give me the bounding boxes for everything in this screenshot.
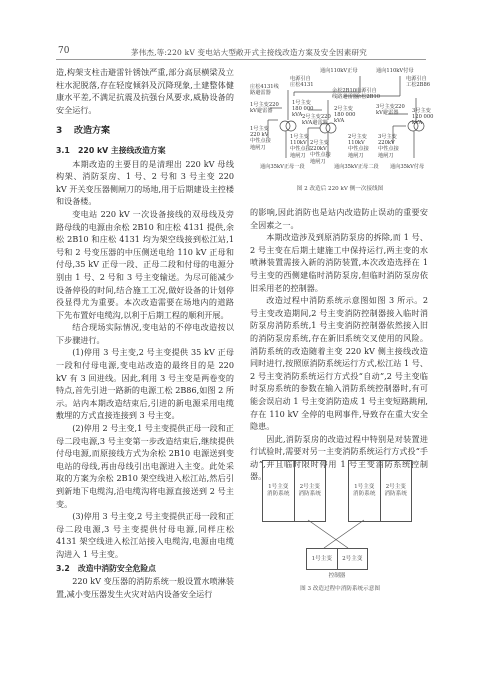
- running-title: 茅伟杰,等:220 kV 变电站大型敞开式主接线改造方案及安全因素研究: [131, 47, 367, 58]
- paragraph: 本期改造涉及到原消防泵房的拆除,而 1 号、2 号主变在后期土建施工中保持运行,…: [250, 231, 428, 294]
- paragraph: (3)停用 3 号主变,2 号主变提供正母一段和正母二段电源,3 号主变提供付母…: [56, 510, 234, 560]
- paragraph: 结合现场实际情况,变电站的不停电改造按以下步骤进行。: [56, 321, 234, 346]
- right-column: 的影响,因此消防也是站内改造防止误动的重要安全因素之一。 本期改造涉及到原消防泵…: [250, 206, 428, 483]
- label-110kv-aux-bus: 通向110kV付母: [376, 68, 414, 74]
- paragraph: 本期改造的主要目的是清理出 220 kV 母线构架、消防泵房、1 号、2 号和 …: [56, 158, 234, 208]
- paragraph: 的影响,因此消防也是站内改造防止误动的重要安全因素之一。: [250, 206, 428, 231]
- label-source-4131: 电源引自庄松4131: [290, 76, 314, 88]
- controller-box: 1号主变 2号主变: [306, 548, 368, 570]
- section-3-2-heading: 3.2改造中消防安全危险点: [56, 563, 234, 576]
- controller-label: 控制器: [306, 571, 368, 579]
- label-t2-110-neutral-switch: 2号主变110kV中性点接地闸刀: [348, 134, 369, 159]
- paragraph: (1)停用 3 号主变,2 号主变提供 35 kV 正母一段和付母电源,变电站改…: [56, 346, 234, 422]
- left-column: 造,构架支柱击避雷针锈蚀严重,部分高层横梁及立柱水泥脱落,存在轻度倾斜及沉降现象…: [56, 66, 234, 600]
- label-35kv-main-2: 通向35kV正母二段: [334, 164, 379, 170]
- label-source-2b10: 电源引自余松2B10: [356, 88, 380, 100]
- page-number: 70: [58, 46, 69, 56]
- label-35kv-main-1: 通向35kV正母一段: [260, 164, 305, 170]
- section-3-1-heading: 3.1220 kV 主接线改造方案: [56, 145, 234, 158]
- section-3-heading: 3改造方案: [56, 125, 234, 138]
- label-35kv-aux: 通向35kV付母: [390, 164, 424, 170]
- label-110kv-main-bus: 通向110kV正母: [320, 68, 358, 74]
- label-t2-220-neutral-switch: 2号主变220kV中性点接地闸刀: [310, 140, 331, 165]
- figure-2-caption: 图 2 改造后 220 kV 侧一次接线图: [250, 184, 430, 192]
- label-arrester-2b10: 余松2B10线路避雷器: [332, 88, 358, 100]
- figure-3-fire-system-diagram: 1号主变 消防系统 2号主变 消防系统 1号主变 消防系统 2号主变 消防系统 …: [262, 460, 422, 580]
- controller-t1-cell: 1号主变: [307, 549, 337, 569]
- label-t1-arrester: 1号主变220kV避雷器: [250, 102, 279, 114]
- paragraph: 220 kV 变压器的消防系统一般设置水喷淋装置,减小变压器发生火灾对站内设备安…: [56, 575, 234, 600]
- label-t3-220-neutral-switch: 3号主变220kV中性点接地闸刀: [378, 134, 399, 159]
- intro-paragraph: 造,构架支柱击避雷针锈蚀严重,部分高层横梁及立柱水泥脱落,存在轻度倾斜及沉降现象…: [56, 66, 234, 116]
- running-header: 70 茅伟杰,等:220 kV 变电站大型敞开式主接线改造方案及安全因素研究: [56, 43, 426, 60]
- label-arrester-4131: 庄松4131线路避雷器: [250, 84, 279, 96]
- paragraph: 变电站 220 kV 一次设备接线的双母线及旁路母线的电源由余松 2B10 和庄…: [56, 208, 234, 321]
- label-t1-220-neutral-switch: 1号主变220 kV中性点接地闸刀: [250, 126, 271, 151]
- figure-2-wiring-diagram: 通向110kV正母 通向110kV付母 庄松4131线路避雷器 电源引自庄松41…: [248, 68, 433, 180]
- label-t2-rating: 2号主变180 000kVA: [334, 106, 355, 125]
- figure-3-caption: 图 3 改造过程中消防系统示意图: [250, 584, 430, 592]
- label-t3-arrester: 3号主变220kV避雷器: [376, 104, 405, 116]
- label-source-2b86: 电源引自工松2B86: [406, 76, 430, 88]
- label-t1-110-neutral-switch: 1号主变110kV中性点接地闸刀: [290, 134, 311, 159]
- label-t2-arrester: 2号主变220kVA避雷器: [302, 114, 331, 126]
- controller-t2-cell: 2号主变: [337, 549, 368, 569]
- paragraph: (2)停用 2 号主变,1 号主变提供正母一段和正母二段电源,3 号主变第一步改…: [56, 422, 234, 510]
- paragraph: 改造过程中消防系统示意图如图 3 所示。2 号主变改造期间,2 号主变消防控制器…: [250, 294, 428, 433]
- label-t3-rating: 3号主变120 000kVA: [412, 108, 433, 127]
